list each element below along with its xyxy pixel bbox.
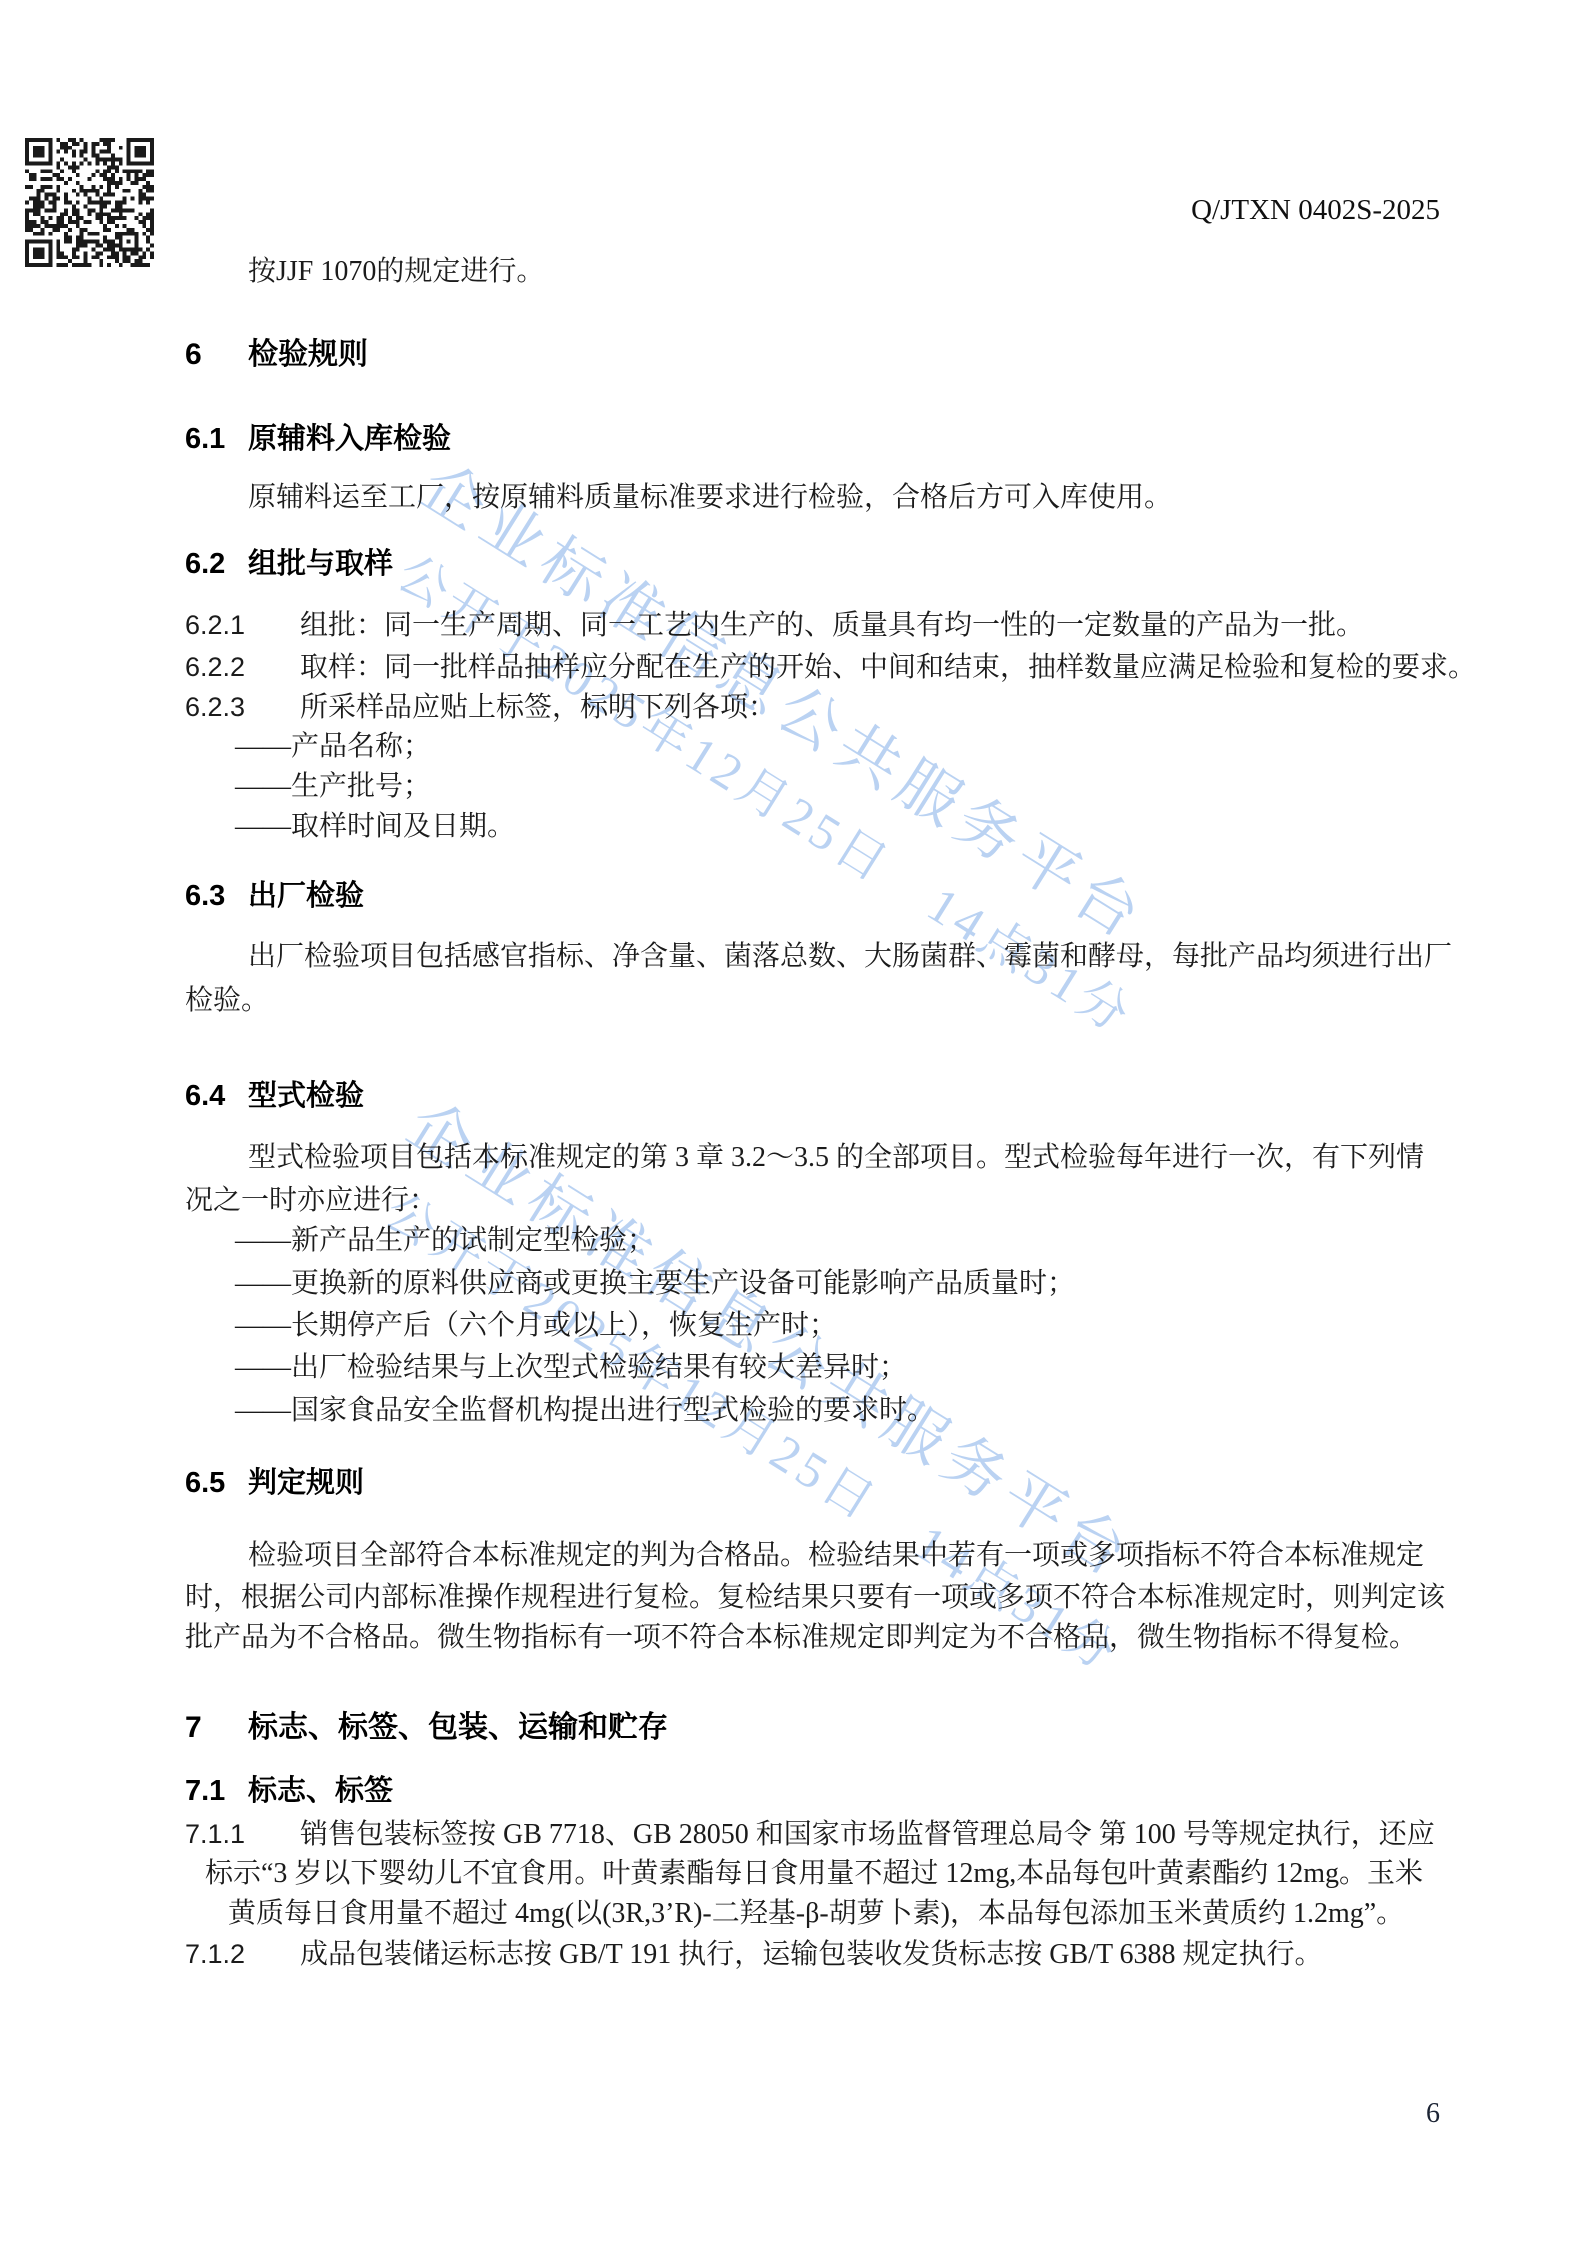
doc-code: Q/JTXN 0402S-2025 bbox=[1191, 194, 1440, 227]
section-heading: 7标志、标签、包装、运输和贮存 bbox=[185, 1705, 1588, 1751]
section-number: 6.2 bbox=[185, 541, 248, 587]
clause-text: 组批：同一生产周期、同一工艺内生产的、质量具有均一性的一定数量的产品为一批。 bbox=[300, 610, 1364, 641]
section-number: 6.1 bbox=[185, 416, 248, 462]
paragraph-line: 时，根据公司内部标准操作规程进行复检。复检结果只要有一项或多项不符合本标准规定时… bbox=[185, 1578, 1588, 1618]
section-title: 原辅料入库检验 bbox=[248, 423, 451, 455]
section-number: 6.4 bbox=[185, 1073, 248, 1119]
clause-text: 取样：同一批样品抽样应分配在生产的开始、中间和结束，抽样数量应满足检验和复检的要… bbox=[300, 652, 1476, 683]
section-number: 6.3 bbox=[185, 873, 248, 919]
clause-number: 6.2.2 bbox=[185, 647, 300, 687]
paragraph-line: 原辅料运至工厂，按原辅料质量标准要求进行检验，合格后方可入库使用。 bbox=[185, 478, 1588, 518]
subsection-heading: 7.1标志、标签 bbox=[185, 1768, 1588, 1814]
dash-item: ——生产批号； bbox=[185, 767, 1588, 807]
subsection-heading: 6.4型式检验 bbox=[185, 1073, 1588, 1119]
document-page: Q/JTXN 0402S-2025 企业标准信息公共服务平台 公开于2025年1… bbox=[0, 0, 1588, 2245]
section-title: 组批与取样 bbox=[248, 548, 393, 580]
section-title: 标志、标签 bbox=[248, 1775, 393, 1807]
section-number: 7.1 bbox=[185, 1768, 248, 1814]
clause-text: 成品包装储运标志按 GB/T 191 执行，运输包装收发货标志按 GB/T 63… bbox=[300, 1939, 1323, 1970]
dash-item: ——更换新的原料供应商或更换主要生产设备可能影响产品质量时； bbox=[185, 1264, 1588, 1304]
clause-line: 7.1.2成品包装储运标志按 GB/T 191 执行，运输包装收发货标志按 GB… bbox=[185, 1934, 1588, 1974]
document-content: 按JJF 1070的规定进行。6检验规则6.1原辅料入库检验原辅料运至工厂，按原… bbox=[0, 252, 1588, 1974]
dash-item: ——出厂检验结果与上次型式检验结果有较大差异时； bbox=[185, 1348, 1588, 1388]
clause-number: 6.2.1 bbox=[185, 605, 300, 645]
dash-item: ——新产品生产的试制定型检验； bbox=[185, 1221, 1588, 1261]
paragraph-line: 型式检验项目包括本标准规定的第 3 章 3.2～3.5 的全部项目。型式检验每年… bbox=[185, 1138, 1588, 1178]
paragraph-line: 标示“3 岁以下婴幼儿不宜食用。叶黄素酯每日食用量不超过 12mg,本品每包叶黄… bbox=[185, 1854, 1588, 1894]
paragraph-line: 黄质每日食用量不超过 4mg(以(3R,3’R)-二羟基-β-胡萝卜素)，本品每… bbox=[185, 1894, 1588, 1934]
section-heading: 6检验规则 bbox=[185, 332, 1588, 378]
section-title: 出厂检验 bbox=[248, 880, 364, 912]
paragraph-line: 检验项目全部符合本标准规定的判为合格品。检验结果中若有一项或多项指标不符合本标准… bbox=[185, 1536, 1588, 1576]
dash-item: ——长期停产后（六个月或以上），恢复生产时； bbox=[185, 1306, 1588, 1346]
clause-line: 6.2.3所采样品应贴上标签，标明下列各项： bbox=[185, 687, 1588, 727]
clause-line: 6.2.1组批：同一生产周期、同一工艺内生产的、质量具有均一性的一定数量的产品为… bbox=[185, 605, 1588, 645]
dash-item: ——产品名称； bbox=[185, 727, 1588, 767]
dash-item: ——国家食品安全监督机构提出进行型式检验的要求时。 bbox=[185, 1391, 1588, 1431]
subsection-heading: 6.1原辅料入库检验 bbox=[185, 416, 1588, 462]
paragraph-line: 按JJF 1070的规定进行。 bbox=[185, 252, 1588, 292]
section-title: 判定规则 bbox=[248, 1467, 364, 1499]
section-number: 6 bbox=[185, 332, 248, 378]
page-number: 6 bbox=[1426, 2098, 1440, 2130]
subsection-heading: 6.3出厂检验 bbox=[185, 873, 1588, 919]
clause-number: 6.2.3 bbox=[185, 687, 300, 727]
section-number: 7 bbox=[185, 1705, 248, 1751]
subsection-heading: 6.5判定规则 bbox=[185, 1460, 1588, 1506]
paragraph-line: 况之一时亦应进行： bbox=[185, 1181, 1588, 1221]
clause-number: 7.1.1 bbox=[185, 1814, 300, 1854]
clause-text: 销售包装标签按 GB 7718、GB 28050 和国家市场监督管理总局令 第 … bbox=[300, 1819, 1435, 1850]
clause-text: 所采样品应贴上标签，标明下列各项： bbox=[300, 692, 776, 723]
qr-code bbox=[25, 138, 154, 267]
dash-item: ——取样时间及日期。 bbox=[185, 807, 1588, 847]
section-title: 型式检验 bbox=[248, 1080, 364, 1112]
clause-number: 7.1.2 bbox=[185, 1934, 300, 1974]
section-title: 检验规则 bbox=[248, 338, 368, 371]
paragraph-line: 检验。 bbox=[185, 981, 1588, 1021]
subsection-heading: 6.2组批与取样 bbox=[185, 541, 1588, 587]
section-title: 标志、标签、包装、运输和贮存 bbox=[248, 1711, 668, 1744]
clause-line: 6.2.2取样：同一批样品抽样应分配在生产的开始、中间和结束，抽样数量应满足检验… bbox=[185, 647, 1588, 687]
paragraph-line: 出厂检验项目包括感官指标、净含量、菌落总数、大肠菌群、霉菌和酵母，每批产品均须进… bbox=[185, 937, 1588, 977]
section-number: 6.5 bbox=[185, 1460, 248, 1506]
paragraph-line: 批产品为不合格品。微生物指标有一项不符合本标准规定即判定为不合格品，微生物指标不… bbox=[185, 1618, 1588, 1658]
clause-line: 7.1.1销售包装标签按 GB 7718、GB 28050 和国家市场监督管理总… bbox=[185, 1814, 1588, 1854]
